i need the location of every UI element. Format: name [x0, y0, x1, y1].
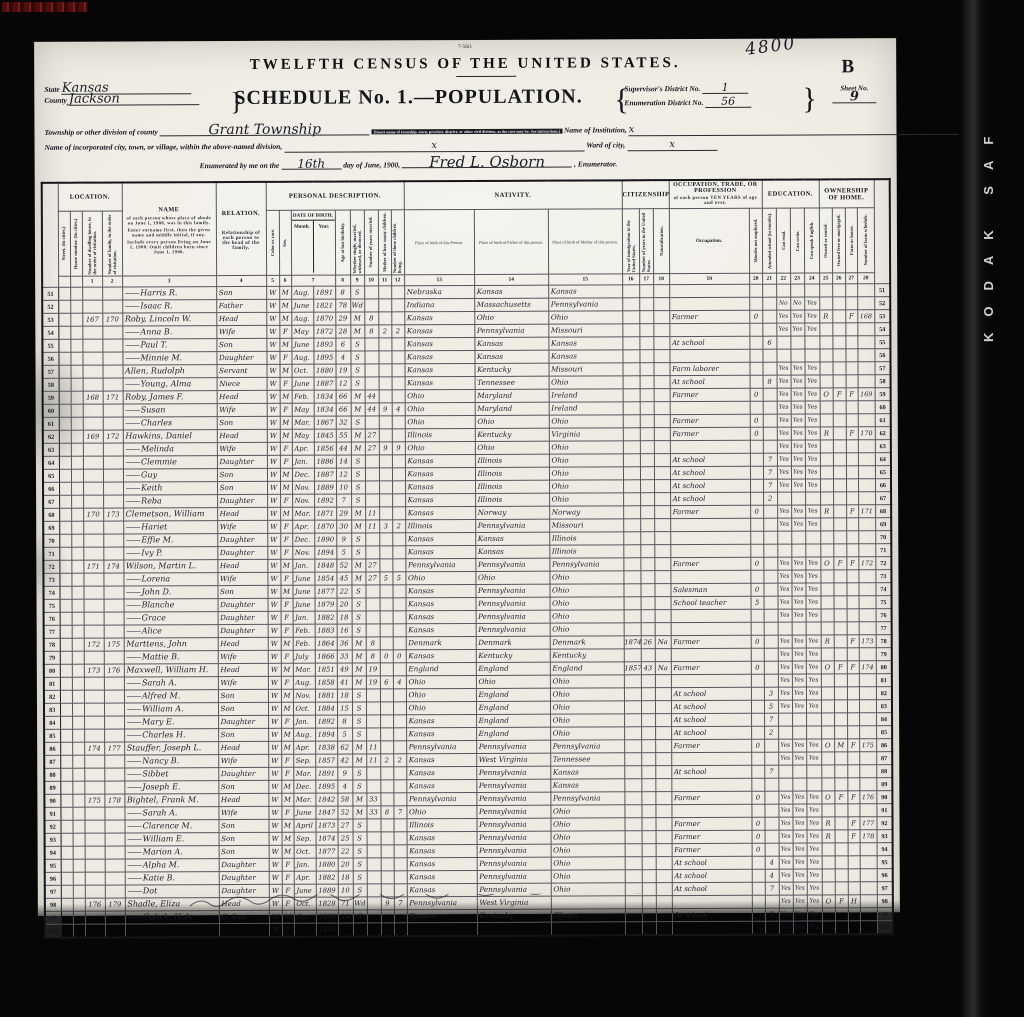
- cell-age: 18: [338, 871, 353, 884]
- cell-bm: June: [292, 572, 314, 585]
- cell-iy: [624, 714, 641, 727]
- cell-by: 1866: [315, 650, 337, 663]
- cell-sm: [763, 570, 777, 583]
- cell-sex: M: [279, 312, 291, 325]
- cell-name: Roby, James F.: [123, 391, 217, 404]
- col-mother-of-children: Mother of how many children.: [378, 210, 391, 275]
- cell-mu: 0: [749, 310, 762, 323]
- cell-sex: M: [282, 910, 294, 923]
- cell-bm: Oct.: [292, 364, 314, 377]
- cell-street: [58, 313, 70, 326]
- line-number: 88: [44, 768, 60, 781]
- cell-mc: [380, 689, 393, 702]
- dob-split: Month. Year.: [291, 221, 334, 273]
- cell-fs: [858, 518, 875, 531]
- cell-ym: [366, 715, 380, 728]
- cell-race: W: [267, 429, 280, 442]
- cell-name: William A.: [124, 703, 218, 716]
- cell-wr: Yes: [791, 557, 805, 570]
- cell-rel: Head: [217, 559, 267, 572]
- cell-fs: [860, 921, 877, 935]
- cell-bm: Jan.: [294, 858, 316, 871]
- cell-fh: [848, 843, 860, 856]
- cell-race: W: [269, 819, 282, 832]
- cell-occ: [670, 570, 750, 583]
- cell-dw: [82, 339, 102, 352]
- cell-mar: S: [351, 468, 365, 481]
- supervisor-district-label: Supervisor's District No.: [624, 84, 700, 93]
- line-number: 87: [876, 752, 892, 765]
- cell-by: 1828: [316, 897, 338, 910]
- cell-mtg: [832, 336, 845, 349]
- cell-wr: Yes: [793, 830, 807, 843]
- cell-bm: Aug.: [291, 312, 313, 325]
- cell-own: [819, 284, 832, 297]
- cell-rd: No: [776, 297, 790, 310]
- cell-race: W: [268, 624, 281, 637]
- cell-house: [73, 846, 85, 859]
- cell-nat: [655, 701, 671, 714]
- cell-name: Mattie B.: [124, 651, 218, 664]
- cell-iy: [622, 324, 639, 337]
- cell-pob: Kansas: [407, 883, 477, 896]
- cell-street: [61, 924, 73, 938]
- line-number: 73: [43, 573, 59, 586]
- cell-nat: [656, 883, 672, 896]
- cell-name: Susan: [123, 404, 217, 417]
- cell-cl: 7: [393, 806, 406, 819]
- cell-race: W: [267, 455, 280, 468]
- cell-ym: [366, 702, 380, 715]
- cell-bm: [294, 923, 316, 937]
- cell-mc: [379, 494, 392, 507]
- cell-ym: [367, 819, 381, 832]
- line-number: 79: [44, 651, 60, 664]
- cell-house: [72, 638, 84, 651]
- cell-rd: Yes: [778, 635, 792, 648]
- cell-pf: Pennsylvania: [476, 610, 550, 623]
- cell-pf: Ohio: [475, 441, 549, 454]
- cell-pm: [551, 922, 625, 936]
- cell-mu: 0: [750, 505, 763, 518]
- cell-own: R: [822, 817, 835, 830]
- cell-dw: [85, 846, 105, 859]
- cell-yu: [641, 623, 655, 636]
- col-street: Street. (In cities.): [58, 211, 70, 276]
- cell-occ: Farmer: [671, 791, 751, 804]
- cell-own: [821, 726, 834, 739]
- cell-iy: [624, 766, 641, 779]
- col-date-of-birth: DATE OF BIRTH. Month. Year.: [291, 210, 335, 275]
- cell-name: Clemetson, William: [123, 508, 217, 521]
- cell-mar: M: [352, 676, 366, 689]
- cell-dw: [84, 768, 104, 781]
- cell-sex: F: [282, 923, 294, 937]
- cell-fs: [859, 700, 876, 713]
- cell-name: Harris R.: [122, 287, 216, 300]
- cell-nat: [653, 311, 669, 324]
- cell-name: Roby, Lincoln W.: [122, 313, 216, 326]
- cell-own: [820, 544, 833, 557]
- sheet-number-value: 9: [832, 92, 876, 103]
- cell-ym: [364, 299, 378, 312]
- cell-nat: [654, 493, 670, 506]
- line-number: 78: [876, 635, 892, 648]
- cell-yu: [641, 714, 655, 727]
- cell-wr: [792, 622, 806, 635]
- cell-bm: Oct.: [294, 910, 316, 923]
- cell-occ: At school: [672, 908, 752, 921]
- cell-rel: Son: [218, 728, 268, 741]
- cell-house: [71, 469, 83, 482]
- cell-name: Gulick, Hale: [125, 911, 219, 924]
- cell-iy: [623, 363, 640, 376]
- cell-pm: Ohio: [550, 714, 624, 727]
- cell-mtg: [833, 414, 846, 427]
- cell-pf: Pennsylvania: [476, 740, 550, 753]
- cell-pm: Ohio: [549, 441, 623, 454]
- cell-race: W: [266, 351, 279, 364]
- cell-sex: F: [281, 650, 293, 663]
- cell-mu: 0: [750, 427, 763, 440]
- cell-occ: [671, 674, 751, 687]
- cell-iy: [622, 337, 639, 350]
- cell-race: W: [268, 715, 281, 728]
- cell-iy: 1874: [624, 636, 641, 649]
- line-number: 69: [43, 521, 59, 534]
- cell-iy: [624, 584, 641, 597]
- line-number: 79: [876, 648, 892, 661]
- cell-fs: 177: [860, 817, 877, 830]
- column-number-fs: 28: [857, 273, 874, 284]
- cell-ym: 8: [366, 637, 380, 650]
- cell-mc: [381, 871, 394, 884]
- cell-mc: 8: [380, 806, 393, 819]
- cell-fs: [860, 869, 877, 882]
- cell-by: 1854: [314, 572, 336, 585]
- cell-house: [71, 430, 83, 443]
- cell-house: [72, 664, 84, 677]
- cell-fs: [858, 453, 875, 466]
- cell-sex: M: [281, 793, 293, 806]
- line-number: 82: [876, 687, 892, 700]
- cell-en: [804, 284, 819, 297]
- cell-mu: 0: [750, 557, 763, 570]
- cell-street: [61, 859, 73, 872]
- cell-house: [73, 924, 85, 938]
- cell-wr: Yes: [792, 804, 806, 817]
- cell-pf: Pennsylvania: [477, 857, 551, 870]
- cell-pf: Pennsylvania: [476, 766, 550, 779]
- cell-iy: [623, 558, 640, 571]
- cell-sex: F: [280, 520, 292, 533]
- enumeration-district-value: 56: [705, 97, 751, 108]
- cell-pob: Illinois: [405, 428, 475, 441]
- cell-fam: [103, 443, 123, 456]
- cell-occ: Farmer: [671, 739, 751, 752]
- group-occupation: OCCUPATION, TRADE, OR PROFESSION of each…: [669, 180, 762, 209]
- cell-bm: Sep.: [294, 832, 316, 845]
- cell-house: [71, 391, 83, 404]
- cell-cl: 5: [392, 572, 405, 585]
- line-number: 71: [875, 544, 891, 557]
- cell-nat: [654, 519, 670, 532]
- cell-pf: West Virginia: [476, 753, 550, 766]
- cell-street: [60, 729, 72, 742]
- line-number: 57: [875, 362, 891, 375]
- cell-mtg: F: [833, 557, 846, 570]
- cell-occ: At school: [670, 375, 750, 388]
- cell-pf: Tennessee: [475, 376, 549, 389]
- cell-dw: [83, 586, 103, 599]
- cell-pm: Ohio: [549, 480, 623, 493]
- cell-wr: Yes: [792, 752, 806, 765]
- cell-sm: [765, 817, 779, 830]
- cell-rd: Yes: [778, 804, 792, 817]
- line-number: 57: [43, 365, 59, 378]
- cell-pm: Ohio: [549, 454, 623, 467]
- cell-age: 58: [337, 793, 352, 806]
- line-number: 64: [875, 453, 891, 466]
- cell-own: [819, 323, 832, 336]
- cell-age: 16: [337, 624, 352, 637]
- cell-street: [59, 495, 71, 508]
- cell-fh: [846, 349, 858, 362]
- cell-ym: [364, 338, 378, 351]
- cell-fam: [105, 872, 125, 885]
- cell-wr: Yes: [793, 817, 807, 830]
- cell-mtg: F: [835, 895, 848, 908]
- cell-street: [58, 326, 70, 339]
- line-number: 84: [876, 713, 892, 726]
- line-number: 73: [876, 570, 892, 583]
- cell-sm: [763, 557, 777, 570]
- cell-mc: [379, 546, 392, 559]
- cell-mtg: [834, 687, 847, 700]
- cell-rel: Daughter: [219, 871, 269, 884]
- cell-rel: Wife: [217, 520, 267, 533]
- cell-wr: [791, 531, 805, 544]
- cell-cl: [394, 832, 407, 845]
- cell-name: William E.: [125, 833, 219, 846]
- cell-rd: Yes: [779, 882, 793, 895]
- cell-iy: [623, 493, 640, 506]
- cell-house: [71, 456, 83, 469]
- cell-dw: 174: [84, 742, 104, 755]
- cell-house: [71, 378, 83, 391]
- cell-mtg: [834, 765, 847, 778]
- cell-dw: [83, 521, 103, 534]
- cell-mu: [750, 375, 763, 388]
- cell-age: 9: [337, 767, 352, 780]
- cell-house: [71, 417, 83, 430]
- cell-mtg: F: [834, 661, 847, 674]
- cell-street: [60, 677, 72, 690]
- cell-rel: Head: [217, 390, 267, 403]
- cell-pm: Ohio: [551, 831, 625, 844]
- cell-rd: Yes: [778, 752, 792, 765]
- cell-house: [72, 755, 84, 768]
- cell-dw: 175: [84, 794, 104, 807]
- cell-race: W: [267, 364, 280, 377]
- cell-wr: Yes: [793, 869, 807, 882]
- cell-rd: Yes: [777, 414, 791, 427]
- cell-iy: [623, 402, 640, 415]
- cell-name: Ivy P.: [123, 547, 217, 560]
- cell-occ: [670, 531, 750, 544]
- cell-en: Yes: [805, 440, 820, 453]
- column-number-mc: 11: [378, 275, 391, 286]
- cell-age: 20: [338, 858, 353, 871]
- cell-mu: [751, 700, 764, 713]
- cell-pf: Pennsylvania: [477, 818, 551, 831]
- group-education: EDUCATION.: [762, 179, 819, 208]
- cell-mu: [751, 674, 764, 687]
- state-county-block: State Kansas County Jackson: [44, 83, 234, 106]
- cell-fs: [859, 687, 876, 700]
- enumerator-line: Enumerated by me on the 16th day of June…: [200, 155, 890, 170]
- cell-occ: At school: [672, 856, 752, 869]
- cell-bm: May: [292, 403, 314, 416]
- cell-by: 1842: [315, 793, 337, 806]
- cell-mtg: [834, 674, 847, 687]
- cell-yu: [641, 597, 655, 610]
- cell-fam: [104, 612, 124, 625]
- cell-sex: F: [280, 546, 292, 559]
- cell-nat: [655, 766, 671, 779]
- cell-fh: [846, 544, 858, 557]
- cell-mar: S: [351, 455, 365, 468]
- cell-en: Yes: [806, 804, 821, 817]
- cell-pob: Kansas: [405, 493, 475, 506]
- cell-cl: [394, 871, 407, 884]
- cell-house: [73, 885, 85, 898]
- cell-fam: 174: [103, 560, 123, 573]
- cell-by: 1867: [314, 416, 336, 429]
- cell-sm: [764, 752, 778, 765]
- cell-street: [61, 872, 73, 885]
- cell-fam: [102, 287, 122, 300]
- cell-name: Sarah A.: [124, 807, 218, 820]
- cell-iy: [623, 519, 640, 532]
- cell-by: 1883: [315, 624, 337, 637]
- cell-fs: [858, 362, 875, 375]
- cell-fs: [860, 895, 877, 908]
- cell-name: Marion A.: [125, 846, 219, 859]
- cell-rel: Son: [217, 416, 267, 429]
- cell-race: W: [268, 806, 281, 819]
- cell-street: [59, 508, 71, 521]
- cell-name: Guy: [123, 469, 217, 482]
- line-number: 68: [43, 508, 59, 521]
- cell-bm: Nov.: [293, 689, 315, 702]
- cell-rel: Head: [218, 663, 268, 676]
- cell-fam: [104, 651, 124, 664]
- cell-house: [72, 820, 84, 833]
- cell-occ: Farmer: [672, 843, 752, 856]
- cell-race: W: [268, 767, 281, 780]
- kodak-film-edge-text: KODAK SAF: [981, 12, 996, 342]
- cell-cl: [394, 858, 407, 871]
- cell-race: W: [267, 559, 280, 572]
- cell-street: [60, 794, 72, 807]
- cell-sex: F: [280, 572, 292, 585]
- cell-mc: 9: [381, 897, 394, 910]
- cell-name: Mary E.: [124, 716, 218, 729]
- cell-house: [70, 300, 82, 313]
- cell-occ: Farmer: [672, 817, 752, 830]
- cell-wr: Yes: [791, 466, 805, 479]
- cell-name: Shadle, Eliza: [125, 898, 219, 911]
- line-number: 98: [877, 895, 893, 908]
- cell-yu: [641, 675, 655, 688]
- cell-fs: [858, 531, 875, 544]
- cell-mu: [751, 752, 764, 765]
- cell-ym: 33: [366, 793, 380, 806]
- cell-fh: [845, 284, 857, 297]
- cell-mtg: [834, 713, 847, 726]
- cell-mc: [381, 884, 394, 897]
- cell-pm: Tennessee: [550, 753, 624, 766]
- cell-rd: Yes: [779, 843, 793, 856]
- cell-iy: [622, 285, 639, 298]
- cell-ym: 19: [366, 663, 380, 676]
- cell-occ: At school: [672, 869, 752, 882]
- cell-ym: [366, 689, 380, 702]
- cell-by: 1887: [314, 468, 336, 481]
- cell-nat: [655, 753, 671, 766]
- column-number-own: 25: [819, 273, 832, 284]
- cell-name: Alpha M.: [125, 859, 219, 872]
- cell-yu: [641, 740, 655, 753]
- cell-ym: 44: [365, 390, 379, 403]
- cell-fs: 174: [859, 661, 876, 674]
- column-number-yu: 17: [639, 274, 653, 285]
- cell-by: 1892: [314, 494, 336, 507]
- cell-mu: 0: [751, 791, 764, 804]
- cell-own: [822, 908, 835, 921]
- cell-cl: [394, 884, 407, 897]
- cell-house: [71, 365, 83, 378]
- cell-street: [60, 664, 72, 677]
- cell-pm: [551, 896, 625, 909]
- cell-race: W: [267, 572, 280, 585]
- cell-iy: [624, 610, 641, 623]
- cell-sm: [764, 609, 778, 622]
- cell-ym: [367, 884, 381, 897]
- cell-name: [125, 924, 219, 938]
- cell-pob: Ohio: [405, 415, 475, 428]
- cell-fam: [103, 495, 123, 508]
- cell-dw: [83, 547, 103, 560]
- cell-ym: 27: [365, 559, 379, 572]
- cell-rd: Yes: [777, 375, 791, 388]
- county-row: County Jackson: [44, 94, 234, 106]
- cell-house: [71, 534, 83, 547]
- cell-bm: May: [292, 429, 314, 442]
- cell-nat: [654, 545, 670, 558]
- cell-rel: Daughter: [219, 858, 269, 871]
- cell-dw: 169: [83, 430, 103, 443]
- enumerated-mid: day of June, 1900,: [343, 160, 400, 169]
- cell-yu: [639, 298, 653, 311]
- cell-ym: [365, 468, 379, 481]
- cell-wr: Yes: [792, 661, 806, 674]
- cell-en: Yes: [807, 882, 822, 895]
- cell-race: W: [267, 416, 280, 429]
- cell-mu: [751, 726, 764, 739]
- line-number: 88: [876, 765, 892, 778]
